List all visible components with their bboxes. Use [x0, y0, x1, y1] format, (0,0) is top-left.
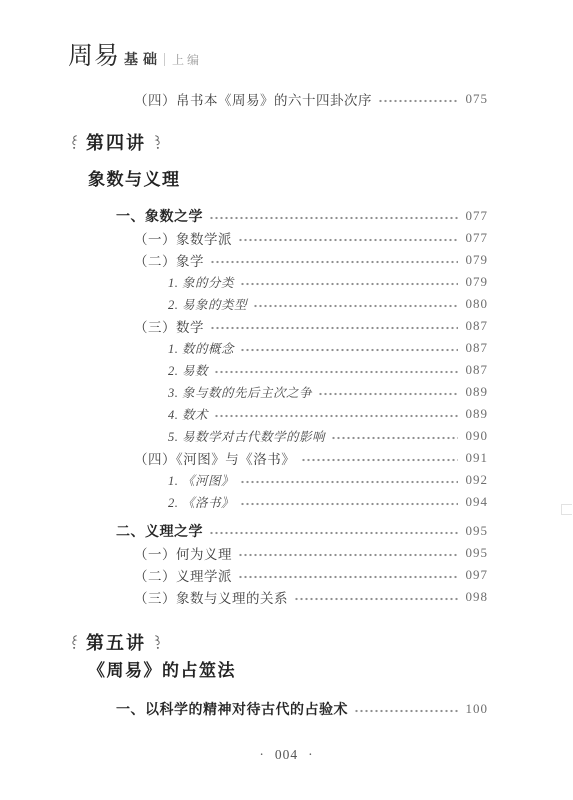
book-toc-page: 周易 基础 上编 （四）帛书本《周易》的六十四卦次序 075 第四讲 象数与义理… — [0, 0, 573, 800]
book-title-logo: 周易 — [68, 44, 120, 70]
toc-entry[interactable]: 1. 数的概念 087 — [68, 337, 488, 359]
toc-entry-page: 090 — [466, 428, 489, 444]
toc-entry[interactable]: （三）象数与义理的关系 098 — [68, 586, 488, 608]
dotted-leader — [354, 704, 458, 718]
toc-entry-page: 077 — [466, 208, 489, 224]
toc-entry[interactable]: （四）帛书本《周易》的六十四卦次序 075 — [68, 88, 488, 110]
toc-list-lecture4: 一、象数之学 077 （一）象数学派 077 （二）象学 079 1. 象的分类… — [68, 198, 488, 608]
toc-entry[interactable]: 二、义理之学 095 — [68, 520, 488, 542]
toc-entry-label: 二、义理之学 — [116, 521, 203, 541]
dotted-leader — [214, 409, 457, 423]
toc-entry-label: （二）象学 — [134, 250, 204, 270]
dotted-leader — [294, 592, 458, 606]
dotted-leader — [209, 211, 458, 225]
toc-entry-page: 097 — [466, 567, 489, 583]
toc-entry[interactable]: （三）数学 087 — [68, 315, 488, 337]
footer-dot-right: · — [308, 747, 314, 762]
toc-entry-page: 079 — [466, 274, 489, 290]
section-heading-lecture5: 第五讲 — [70, 629, 162, 655]
toc-entry-page: 089 — [466, 406, 489, 422]
toc-entry[interactable]: （四）《河图》与《洛书》 091 — [68, 447, 488, 469]
toc-entry-label: 4. 数术 — [168, 405, 208, 423]
toc-entry-page: 087 — [466, 340, 489, 356]
dotted-leader — [238, 233, 458, 247]
edition-label: 上编 — [172, 51, 202, 68]
dotted-leader — [378, 94, 458, 108]
dotted-leader — [301, 453, 457, 467]
section-subtitle: 《周易》的占筮法 — [88, 656, 236, 681]
toc-entry-page: 095 — [466, 523, 489, 539]
toc-entry-label: 3. 象与数的先后主次之争 — [168, 383, 312, 401]
toc-entry-label: （三）数学 — [134, 316, 204, 336]
toc-entry[interactable]: 一、以科学的精神对待古代的占验术 100 — [68, 698, 488, 720]
dotted-leader — [240, 497, 457, 511]
toc-entry-label: （四）《河图》与《洛书》 — [134, 448, 295, 468]
section-heading-lecture4: 第四讲 — [70, 129, 162, 155]
flourish-right-icon — [153, 634, 162, 651]
toc-entry[interactable]: 3. 象与数的先后主次之争 089 — [68, 381, 488, 403]
toc-entry-page: 092 — [466, 472, 489, 488]
toc-entry-page: 080 — [466, 296, 489, 312]
toc-entry-page: 091 — [466, 450, 489, 466]
toc-entry-label: 一、象数之学 — [116, 206, 203, 226]
toc-entry-page: 075 — [466, 91, 489, 107]
toc-entry-page: 087 — [466, 318, 489, 334]
toc-entry[interactable]: （二）象学 079 — [68, 249, 488, 271]
toc-entry-page: 098 — [466, 589, 489, 605]
toc-entry-label: （一）象数学派 — [134, 228, 232, 248]
dotted-leader — [253, 299, 457, 313]
toc-entry[interactable]: （二）义理学派 097 — [68, 564, 488, 586]
toc-entry[interactable]: 1. 《河图》 092 — [68, 469, 488, 491]
toc-entry-label: （三）象数与义理的关系 — [134, 587, 288, 607]
dotted-leader — [238, 570, 458, 584]
toc-entry-label: （二）义理学派 — [134, 565, 232, 585]
flourish-left-icon — [70, 634, 79, 651]
toc-entry-page: 089 — [466, 384, 489, 400]
toc-entry[interactable]: 1. 象的分类 079 — [68, 271, 488, 293]
section-subtitle: 象数与义理 — [88, 165, 181, 190]
dotted-leader — [209, 526, 458, 540]
toc-entry-page: 079 — [466, 252, 489, 268]
header-divider — [164, 53, 165, 66]
flourish-left-icon — [70, 134, 79, 151]
toc-leading-block: （四）帛书本《周易》的六十四卦次序 075 — [68, 88, 488, 110]
flourish-right-icon — [153, 134, 162, 151]
toc-entry[interactable]: 2. 易数 087 — [68, 359, 488, 381]
toc-entry-label: 2. 易数 — [168, 361, 208, 379]
toc-entry[interactable]: 5. 易数学对古代数学的影响 090 — [68, 425, 488, 447]
toc-entry[interactable]: 一、象数之学 077 — [68, 205, 488, 227]
dotted-leader — [318, 387, 457, 401]
dotted-leader — [238, 548, 458, 562]
book-title-subtitle: 基础 — [124, 49, 162, 69]
dotted-leader — [240, 343, 457, 357]
toc-entry-label: 2. 《洛书》 — [168, 493, 234, 511]
toc-entry[interactable]: 2. 易象的类型 080 — [68, 293, 488, 315]
toc-entry[interactable]: 4. 数术 089 — [68, 403, 488, 425]
footer-dot-left: · — [259, 747, 265, 762]
section-title: 第四讲 — [86, 129, 146, 155]
toc-entry-label: 1. 象的分类 — [168, 273, 234, 291]
toc-list-lecture5: 一、以科学的精神对待古代的占验术 100 — [68, 698, 488, 720]
toc-entry-page: 087 — [466, 362, 489, 378]
toc-entry-page: 077 — [466, 230, 489, 246]
page-header: 周易 基础 上编 — [68, 44, 202, 70]
dotted-leader — [240, 277, 457, 291]
toc-entry[interactable]: 2. 《洛书》 094 — [68, 491, 488, 513]
toc-entry-label: 2. 易象的类型 — [168, 295, 247, 313]
folio-page-number: 004 — [275, 747, 298, 762]
dotted-leader — [331, 431, 457, 445]
toc-entry-label: （四）帛书本《周易》的六十四卦次序 — [134, 89, 372, 109]
dotted-leader — [210, 255, 458, 269]
toc-entry-label: 1. 《河图》 — [168, 471, 234, 489]
toc-entry-page: 094 — [466, 494, 489, 510]
dotted-leader — [214, 365, 457, 379]
toc-entry-page: 095 — [466, 545, 489, 561]
toc-entry-label: 1. 数的概念 — [168, 339, 234, 357]
toc-entry-label: 一、以科学的精神对待古代的占验术 — [116, 699, 348, 719]
toc-entry[interactable]: （一）象数学派 077 — [68, 227, 488, 249]
page-footer: ·004· — [0, 747, 573, 763]
dotted-leader — [210, 321, 458, 335]
edge-mark — [561, 504, 572, 515]
dotted-leader — [240, 475, 457, 489]
toc-entry[interactable]: （一）何为义理 095 — [68, 542, 488, 564]
toc-entry-page: 100 — [466, 701, 489, 717]
toc-entry-label: （一）何为义理 — [134, 543, 232, 563]
section-title: 第五讲 — [86, 629, 146, 655]
toc-entry-label: 5. 易数学对古代数学的影响 — [168, 427, 325, 445]
